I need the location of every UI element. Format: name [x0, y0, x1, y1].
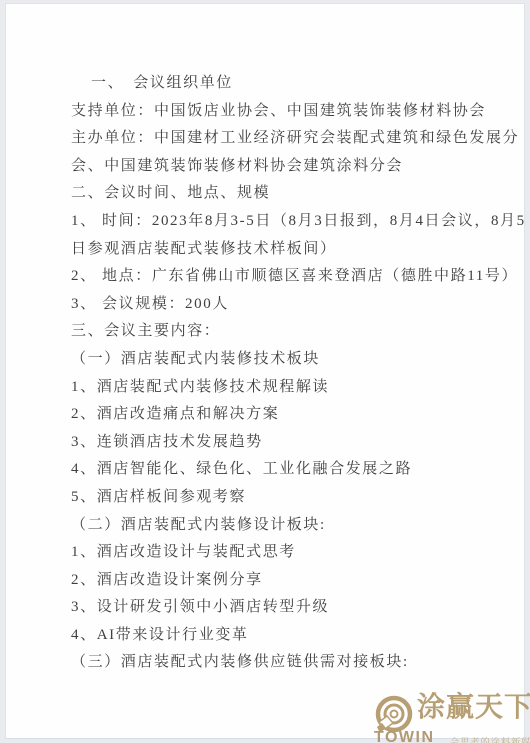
towin-watermark: 涂赢天下 TOWIN 会思考的涂料新媒体	[372, 691, 530, 743]
doc-line: 会、中国建筑装饰装修材料协会建筑涂料分会	[71, 153, 516, 181]
doc-line: 日参观酒店装配式装修技术样板间）	[71, 236, 516, 264]
doc-line: 2、酒店改造设计案例分享	[71, 567, 516, 595]
doc-line: 4、AI带来设计行业变革	[71, 622, 516, 650]
doc-line: 三、会议主要内容：	[71, 318, 516, 346]
doc-line: 1、酒店装配式内装修技术规程解读	[71, 374, 516, 402]
screenshot-canvas: 一、 会议组织单位 支持单位：中国饭店业协会、中国建筑装饰装修材料协会 主办单位…	[0, 0, 530, 743]
doc-line: 3、连锁酒店技术发展趋势	[71, 429, 516, 457]
doc-line: 二、会议时间、地点、规模	[71, 180, 516, 208]
towin-brand-latin: TOWIN	[374, 729, 435, 743]
doc-line: （二）酒店装配式内装修设计板块:	[71, 512, 516, 540]
towin-brand-name: 涂赢天下	[417, 691, 530, 725]
doc-line: 支持单位：中国饭店业协会、中国建筑装饰装修材料协会	[71, 98, 516, 126]
document-body: 一、 会议组织单位 支持单位：中国饭店业协会、中国建筑装饰装修材料协会 主办单位…	[71, 70, 516, 677]
doc-line: 3、 会议规模：200人	[71, 291, 516, 319]
doc-line: 1、酒店改造设计与装配式思考	[71, 539, 516, 567]
doc-line: 3、设计研发引领中小酒店转型升级	[71, 594, 516, 622]
doc-line: 一、 会议组织单位	[71, 70, 516, 98]
doc-line: （三）酒店装配式内装修供应链供需对接板块:	[71, 649, 516, 677]
doc-line: 2、酒店改造痛点和解决方案	[71, 401, 516, 429]
doc-line: 5、酒店样板间参观考察	[71, 484, 516, 512]
doc-line: 1、 时间：2023年8月3-5日（8月3日报到，8月4日会议，8月5	[71, 208, 516, 236]
doc-line: 2、 地点：广东省佛山市顺德区喜来登酒店（德胜中路11号）	[71, 263, 516, 291]
doc-line: （一）酒店装配式内装修技术板块	[71, 346, 516, 374]
doc-line: 主办单位：中国建材工业经济研究会装配式建筑和绿色发展分	[71, 125, 516, 153]
document-page: 一、 会议组织单位 支持单位：中国饭店业协会、中国建筑装饰装修材料协会 主办单位…	[5, 3, 525, 739]
towin-tagline: 会思考的涂料新媒体	[450, 735, 530, 743]
doc-line: 4、酒店智能化、绿色化、工业化融合发展之路	[71, 456, 516, 484]
